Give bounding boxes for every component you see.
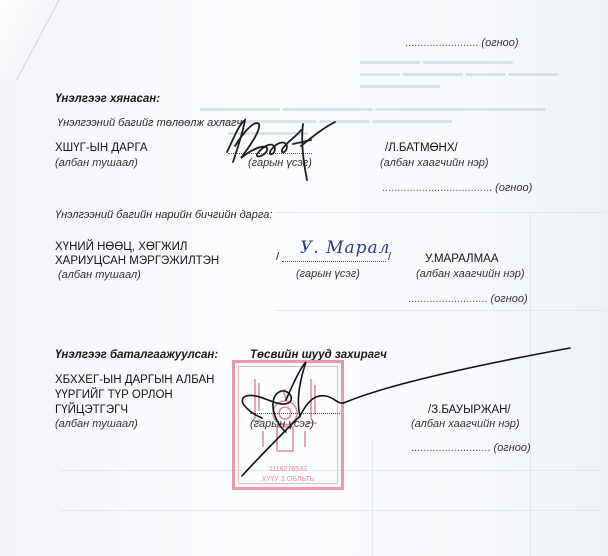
date-label: (огноо) xyxy=(494,442,531,454)
approver-position-line3: ГҮЙЦЭТГЭГЧ xyxy=(55,403,128,417)
secretary-position-line1: ХҮНИЙ НӨӨЦ, ХӨГЖИЛ xyxy=(55,240,187,254)
signature-bracket-open: / xyxy=(276,251,279,263)
date-dots: .................................... xyxy=(382,182,492,194)
reviewer-name: /Л.БАТМӨНХ/ xyxy=(385,141,458,155)
scanned-page: ▬▬▬▬▬▬ ▬▬▬▬▬▬▬▬▬▬▬▬▬ ▬▬▬▬▬▬ ▬▬▬▬ ▬▬▬▬▬▬▬… xyxy=(0,0,608,556)
secretary-position-line2: ХАРИУЦСАН МЭРГЭЖИЛТЭН xyxy=(55,254,219,268)
date-label: (огноо) xyxy=(481,37,518,49)
bleed-table-line xyxy=(275,212,605,213)
date-label: (огноо) xyxy=(495,182,532,194)
reviewed-heading: Үнэлгээг хянасан: xyxy=(55,93,160,105)
date-label: (огноо) xyxy=(491,293,528,305)
folded-corner xyxy=(0,0,65,80)
secretary-date: .......................... (огноо) xyxy=(408,293,528,305)
secretary-name: У.МАРАЛМАА xyxy=(425,252,499,266)
secretary-name-caption: (албан хаагчийн нэр) xyxy=(416,268,525,280)
approver-name: /З.БАУЫРЖАН/ xyxy=(428,403,511,417)
approver-date: .......................... (огноо) xyxy=(411,442,531,454)
approver-name-caption: (албан хаагчийн нэр) xyxy=(411,418,520,430)
secretary-caption: Үнэлгээний багийн нарийн бичгийн дарга: xyxy=(55,209,272,221)
reviewer-name-caption: (албан хаагчийн нэр) xyxy=(380,157,489,169)
approver-signature xyxy=(150,340,608,480)
date-dots: ........................ xyxy=(405,37,478,49)
date-dots: .......................... xyxy=(408,293,487,305)
bleed-through: ▬▬▬▬▬▬ ▬▬▬▬▬▬▬▬▬▬▬▬▬ ▬▬▬▬▬▬ ▬▬▬▬ ▬▬▬▬▬▬▬… xyxy=(360,56,558,92)
secretary-position-caption: (албан тушаал) xyxy=(58,269,141,281)
bleed-table-line xyxy=(60,510,600,511)
reviewer-date: .................................... (ог… xyxy=(382,182,532,194)
reviewer-signature xyxy=(215,110,345,190)
secretary-signature-caption: (гарын үсэг) xyxy=(296,268,360,280)
secretary-handwritten-signature: У. Марал xyxy=(300,238,390,258)
secretary-signature-line xyxy=(282,261,386,262)
date-dots: .......................... xyxy=(411,442,490,454)
bleed-table-line xyxy=(275,310,605,311)
top-date: ........................ (огноо) xyxy=(405,37,519,49)
reviewer-position: ХШҮГ-ЫН ДАРГА xyxy=(55,141,148,155)
approver-position-caption: (албан тушаал) xyxy=(55,418,138,430)
reviewer-position-caption: (албан тушаал) xyxy=(55,157,138,169)
